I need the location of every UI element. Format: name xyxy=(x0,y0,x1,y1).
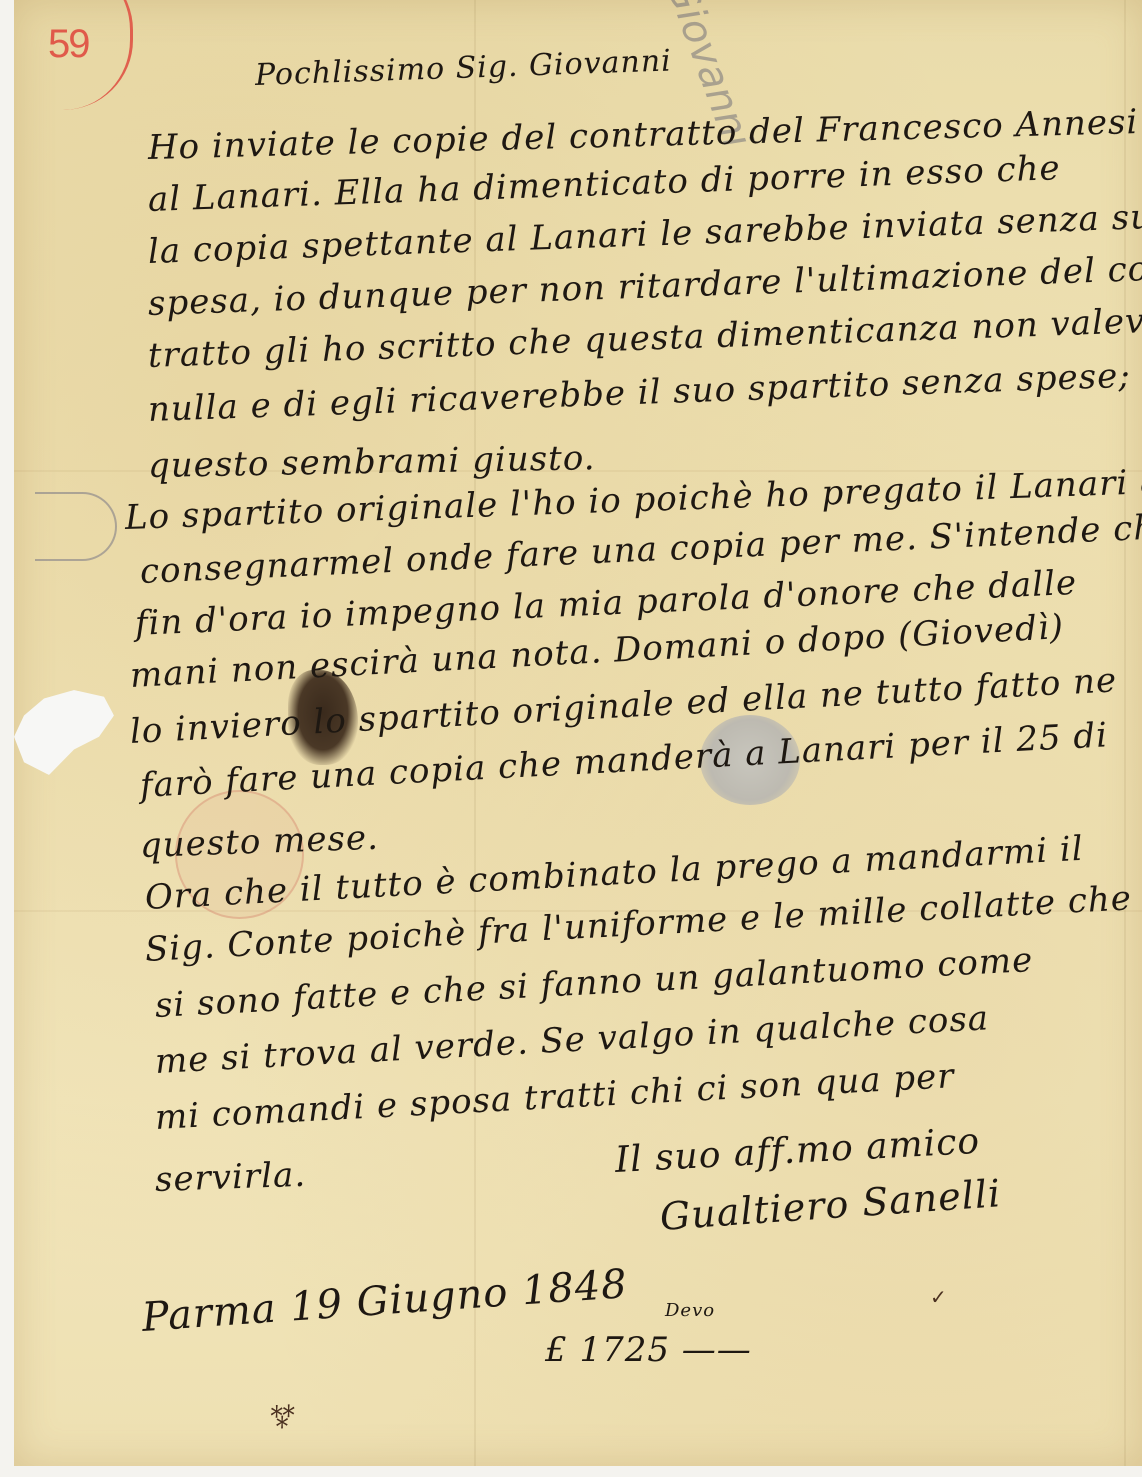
amount: £ 1725 —— xyxy=(545,1330,752,1370)
pencil-mark xyxy=(35,492,117,561)
body-line: questo sembrami giusto. xyxy=(148,438,596,486)
body-line: questo mese. xyxy=(139,818,379,866)
amount-label: Devo xyxy=(665,1300,715,1321)
archive-number: 59 xyxy=(48,22,89,67)
tick-mark: ✓ xyxy=(930,1285,947,1309)
body-line: servirla. xyxy=(154,1155,306,1200)
